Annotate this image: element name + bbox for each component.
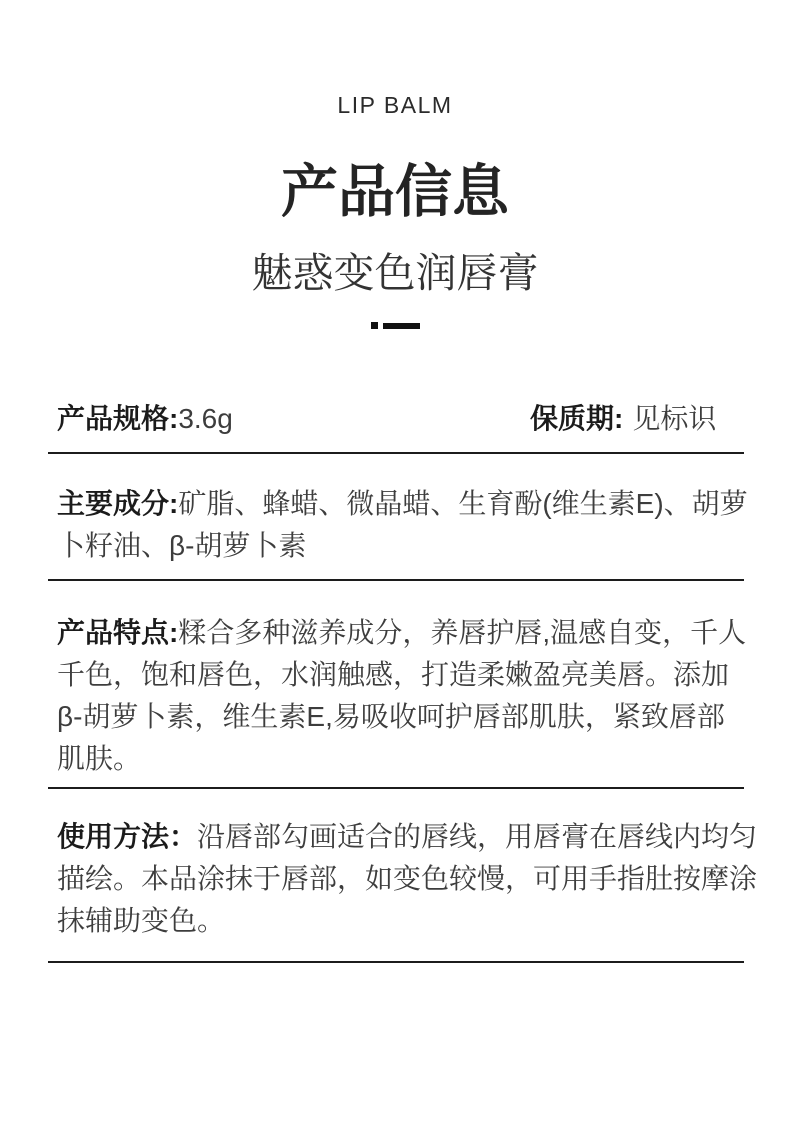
usage-section: 使用方法：沿唇部勾画适合的唇线，用唇膏在唇线内均匀 描绘。本品涂抹于唇部，如变色… <box>48 816 788 942</box>
ingredients-line: 卜籽油、β-胡萝卜素 <box>57 525 788 567</box>
spec-size-label: 产品规格: <box>57 403 178 434</box>
usage-text: 沿唇部勾画适合的唇线，用唇膏在唇线内均匀 <box>197 821 757 852</box>
brand-eyebrow: LIP BALM <box>0 92 790 119</box>
decor-bar-icon <box>383 323 420 329</box>
section-divider <box>48 961 744 963</box>
decor-square-icon <box>371 322 378 329</box>
shelf-life-label: 保质期: <box>530 403 623 434</box>
spec-size: 产品规格:3.6g <box>57 398 233 440</box>
features-line: 肌肤。 <box>57 738 788 780</box>
ingredients-text: 矿脂、蜂蜡、微晶蜡、生育酚(维生素E)、胡萝 <box>178 488 747 519</box>
title-decoration <box>0 322 790 329</box>
shelf-life: 保质期:见标识 <box>530 398 716 440</box>
usage-line: 抹辅助变色。 <box>57 900 788 942</box>
product-subtitle: 魅惑变色润唇膏 <box>0 240 790 299</box>
features-line: β-胡萝卜素，维生素E,易吸收呵护唇部肌肤，紧致唇部 <box>57 696 788 738</box>
features-label: 产品特点: <box>57 617 178 648</box>
features-line: 产品特点:糅合多种滋养成分，养唇护唇,温感自变，千人 <box>57 612 788 654</box>
page-title: 产品信息 <box>0 146 790 228</box>
shelf-life-value: 见标识 <box>632 403 716 434</box>
spec-row: 产品规格:3.6g 保质期:见标识 <box>48 398 744 442</box>
ingredients-line: 主要成分:矿脂、蜂蜡、微晶蜡、生育酚(维生素E)、胡萝 <box>57 483 788 525</box>
spec-size-value: 3.6g <box>178 403 233 434</box>
usage-line: 描绘。本品涂抹于唇部，如变色较慢，可用手指肚按摩涂 <box>57 858 788 900</box>
product-info-page: LIP BALM 产品信息 魅惑变色润唇膏 产品规格:3.6g 保质期:见标识 … <box>0 0 790 1137</box>
features-section: 产品特点:糅合多种滋养成分，养唇护唇,温感自变，千人 千色，饱和唇色，水润触感，… <box>48 612 788 780</box>
features-line: 千色，饱和唇色，水润触感，打造柔嫩盈亮美唇。添加 <box>57 654 788 696</box>
section-divider <box>48 787 744 789</box>
ingredients-label: 主要成分: <box>57 488 178 519</box>
section-divider <box>48 452 744 454</box>
usage-label: 使用方法： <box>57 821 197 852</box>
section-divider <box>48 579 744 581</box>
features-text: 糅合多种滋养成分，养唇护唇,温感自变，千人 <box>178 617 746 648</box>
ingredients-section: 主要成分:矿脂、蜂蜡、微晶蜡、生育酚(维生素E)、胡萝 卜籽油、β-胡萝卜素 <box>48 483 788 567</box>
usage-line: 使用方法：沿唇部勾画适合的唇线，用唇膏在唇线内均匀 <box>57 816 788 858</box>
